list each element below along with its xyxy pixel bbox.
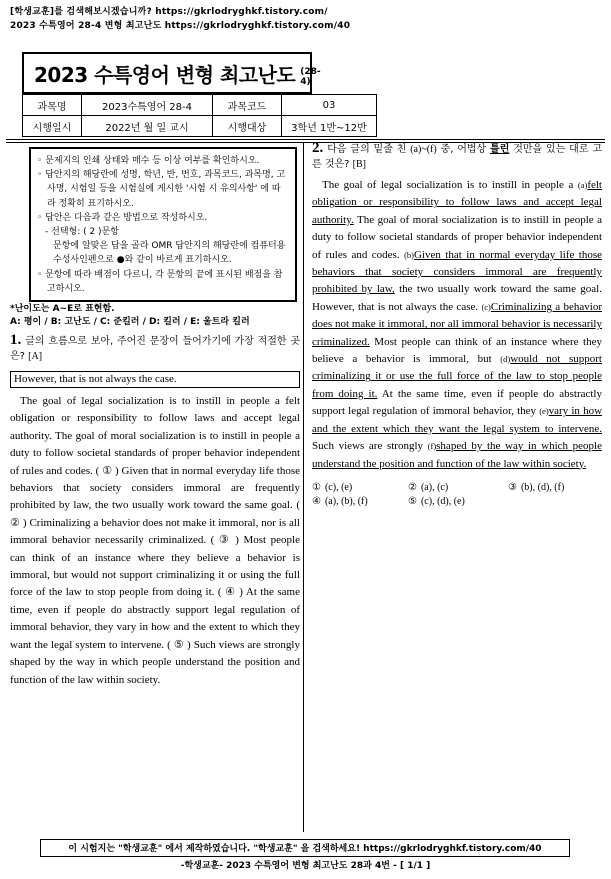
question-1: 1.글의 흐름으로 보아, 주어진 문장이 들어가기에 가장 적절한 곳은? [… xyxy=(10,333,300,689)
choice-number: ⑤ xyxy=(408,496,417,507)
subject-name-label: 과목명 xyxy=(23,95,82,116)
choice-option-3[interactable]: ③(b), (d), (f) xyxy=(508,482,602,493)
footer-credit-text: 이 시험지는 "학생교훈" 에서 제작하였습니다. "학생교훈" 을 검색하세요… xyxy=(68,844,541,854)
instruction-text: 문항에 알맞은 답을 골라 OMR 답안지의 해당란에 컴퓨터용 수성사인펜으로… xyxy=(53,241,285,265)
question-2-range: (a)~(f) xyxy=(410,144,437,155)
question-1-passage: The goal of legal socialization is to in… xyxy=(10,393,300,689)
question-2-passage: The goal of legal socialization is to in… xyxy=(312,177,602,473)
choice-number: ④ xyxy=(312,496,321,507)
top-promo-line-2: 2023 수특영어 28-4 변형 최고난도 https://gkrlodryg… xyxy=(10,18,350,31)
top-promo-line-1: [학생교훈]를 검색해보시겠습니까? https://gkrlodryghkf.… xyxy=(10,4,328,17)
dash-marker: - xyxy=(45,227,48,237)
subject-name-value: 2023수특영어 28-4 xyxy=(82,95,213,116)
instruction-text: 문항에 따라 배점이 다르니, 각 문항의 끝에 표시된 배점을 참고하시오. xyxy=(45,270,282,294)
instruction-subitem: 문항에 알맞은 답을 골라 OMR 답안지의 해당란에 컴퓨터용 수성사인펜으로… xyxy=(53,239,289,267)
underline-marker-e: (e) xyxy=(539,406,548,416)
exam-date-label: 시행일시 xyxy=(23,116,82,137)
column-divider-rule xyxy=(303,143,304,832)
footer-credit-box: 이 시험지는 "학생교훈" 에서 제작하였습니다. "학생교훈" 을 검색하세요… xyxy=(40,839,570,857)
question-1-stem: 글의 흐름으로 보아, 주어진 문장이 들어가기에 가장 적절한 곳은? xyxy=(10,336,300,362)
choice-text: (c), (e) xyxy=(325,482,352,493)
underline-marker-d: (d) xyxy=(500,354,510,364)
footer-page-line: -학생교훈- 2023 수특영어 변형 최고난도 28과 4번 - [ 1/1 … xyxy=(0,858,611,871)
underline-marker-c: (c) xyxy=(481,302,490,312)
choice-empty-cell xyxy=(508,496,602,507)
choice-option-5[interactable]: ⑤(c), (d), (e) xyxy=(408,496,508,507)
instruction-item: ◦ 문항에 따라 배점이 다르니, 각 문항의 끝에 표시된 배점을 참고하시오… xyxy=(37,268,289,296)
given-sentence-text: However, that is not always the case. xyxy=(14,373,177,385)
difficulty-note: *난이도는 A~E로 표현함. xyxy=(10,301,115,314)
bullet-marker: ◦ xyxy=(37,156,42,166)
choice-option-2[interactable]: ②(a), (c) xyxy=(408,482,508,493)
instruction-text: 문제지의 인쇄 상태와 매수 등 이상 여부를 확인하시오. xyxy=(45,156,259,166)
instruction-item: ◦ 답안은 다음과 같은 방법으로 작성하시오. xyxy=(37,211,289,225)
exam-target-value: 3학년 1반~12반 xyxy=(282,116,377,137)
choice-text: (b), (d), (f) xyxy=(521,482,564,493)
choice-number: ② xyxy=(408,482,417,493)
exam-sheet-page: { "top": { "line1": "[학생교훈]를 검색해보시겠습니까? … xyxy=(0,0,611,879)
subject-code-value: 03 xyxy=(282,95,377,116)
exam-info-table: 과목명 2023수특영어 28-4 과목코드 03 시행일시 2022년 월 일… xyxy=(22,94,377,137)
question-2-keyword-wrong: 틀린 xyxy=(490,144,509,155)
question-2-number: 2. xyxy=(312,140,323,156)
question-1-header: 1.글의 흐름으로 보아, 주어진 문장이 들어가기에 가장 적절한 곳은? [… xyxy=(10,333,300,364)
info-row-subject: 과목명 2023수특영어 28-4 과목코드 03 xyxy=(23,95,377,116)
underline-marker-a: (a) xyxy=(578,180,587,190)
question-2-header: 2.다음 글의 밑줄 친 (a)~(f) 중, 어법상 틀린 것만을 있는 대로… xyxy=(312,141,602,172)
choice-option-1[interactable]: ①(c), (e) xyxy=(312,482,408,493)
choice-text: (c), (d), (e) xyxy=(421,496,465,507)
exam-title-box: 2023 수특영어 변형 최고난도 (28-4) xyxy=(22,52,312,94)
choice-option-4[interactable]: ④(a), (b), (f) xyxy=(312,496,408,507)
exam-title: 2023 수특영어 변형 최고난도 xyxy=(34,59,295,88)
subject-code-label: 과목코드 xyxy=(213,95,282,116)
choice-number: ① xyxy=(312,482,321,493)
bullet-marker: ◦ xyxy=(37,213,42,223)
choice-text: (a), (c) xyxy=(421,482,448,493)
instruction-subitem: - 선택형: ( 2 )문항 xyxy=(45,225,289,239)
instruction-item: ◦ 문제지의 인쇄 상태와 매수 등 이상 여부를 확인하시오. xyxy=(37,154,289,168)
question-2-difficulty: [B] xyxy=(353,159,366,170)
exam-date-value: 2022년 월 일 교시 xyxy=(82,116,213,137)
passage-segment: Such views are strongly xyxy=(312,440,428,452)
instructions-box: ◦ 문제지의 인쇄 상태와 매수 등 이상 여부를 확인하시오. ◦ 답안지의 … xyxy=(29,147,297,302)
answer-choices: ①(c), (e) ②(a), (c) ③(b), (d), (f) ④(a),… xyxy=(312,482,602,507)
choice-number: ③ xyxy=(508,482,517,493)
exam-target-label: 시행대상 xyxy=(213,116,282,137)
instruction-text: 답안은 다음과 같은 방법으로 작성하시오. xyxy=(45,213,207,223)
question-2-stem-before: 다음 글의 밑줄 친 xyxy=(327,144,410,155)
exam-title-number: (28-4) xyxy=(300,67,320,87)
question-2-stem-mid: 중, 어법상 xyxy=(437,144,490,155)
difficulty-scale: A: 평이 / B: 고난도 / C: 준킬러 / D: 킬러 / E: 울트라… xyxy=(10,314,250,327)
bullet-marker: ◦ xyxy=(37,170,42,180)
question-1-difficulty: [A] xyxy=(28,351,42,362)
bullet-marker: ◦ xyxy=(37,270,42,280)
instruction-text: 선택형: ( 2 )문항 xyxy=(51,227,119,237)
question-2: 2.다음 글의 밑줄 친 (a)~(f) 중, 어법상 틀린 것만을 있는 대로… xyxy=(312,141,602,507)
question-1-number: 1. xyxy=(10,332,21,348)
info-row-schedule: 시행일시 2022년 월 일 교시 시행대상 3학년 1반~12반 xyxy=(23,116,377,137)
instruction-item: ◦ 답안지의 해당란에 성명, 학년, 반, 번호, 과목코드, 과목명, 고사… xyxy=(37,168,289,211)
underline-marker-b: (b) xyxy=(404,250,414,260)
passage-segment: The goal of legal socialization is to in… xyxy=(322,179,578,191)
underline-marker-f: (f) xyxy=(428,441,437,451)
given-sentence-box: However, that is not always the case. xyxy=(10,371,300,388)
choice-text: (a), (b), (f) xyxy=(325,496,368,507)
instruction-text: 답안지의 해당란에 성명, 학년, 반, 번호, 과목코드, 과목명, 고사명,… xyxy=(45,170,285,208)
